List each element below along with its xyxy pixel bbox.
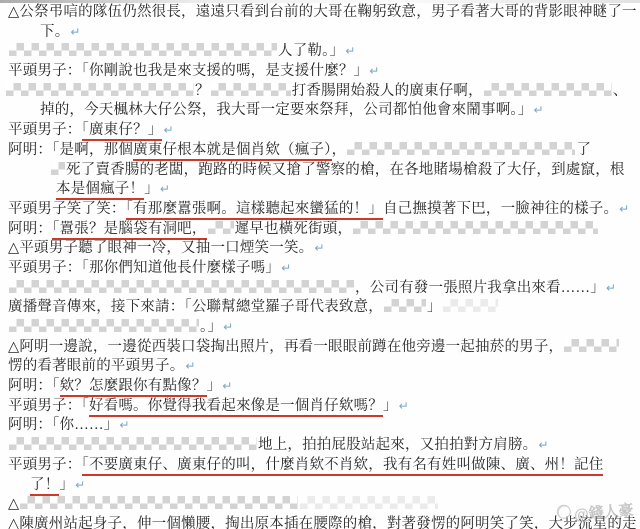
redaction-checkerboard-block [564, 339, 619, 352]
line-break-mark: ↵ [345, 44, 355, 58]
redaction-checkerboard-block [9, 437, 257, 450]
line-break-mark: ↵ [75, 478, 85, 492]
line-text: △陳廣州站起身子，伸一個懶腰，掏出原本插 [8, 516, 299, 529]
line-break-mark: ↵ [606, 281, 616, 295]
red-underlined-text: 「有那麼囂張啊。這樣聽起來蠻猛的！」 [126, 201, 383, 220]
line-text: 阿明：「是啊，那個 [8, 142, 133, 158]
redaction-checkerboard-block [347, 142, 575, 155]
line-text: 地上，拍拍屁股站起來，又拍拍對方肩膀。 [258, 437, 537, 453]
redaction-checkerboard-block [300, 496, 438, 509]
script-line: 阿明：「你……」↵ [0, 416, 640, 436]
script-line: △阿明一邊說，一邊從西裝口袋掏出照片，再看一眼眼前蹲在他旁邊一起抽菸的男子， [0, 338, 640, 358]
line-text: 死了賣香腸的老闆，跑路的時候又搶了警察的槍，在各地賭場槍殺了大仔，到處竄，根 [66, 162, 625, 178]
line-text: 平頭男子：「你剛說也我是來支援的嗎，是支援什麼？」 [8, 63, 368, 79]
line-text: 平頭男子： [8, 122, 82, 138]
line-text: 」 [383, 398, 398, 414]
line-text: △平頭男子聽了眼神一冷，又抽一口煙笑一笑。 [8, 240, 313, 256]
line-text: 平頭男子：「那你們知道他長什麼樣子嗎」 [8, 260, 280, 276]
line-text: ？ [195, 83, 210, 99]
line-text: 廣播聲音傳來，接下來請：「公聯幫總堂羅子哥代表致意， [8, 299, 383, 315]
line-text: △阿明一邊說，一邊從西裝口袋掏出照片，再看一眼眼前蹲在他旁邊一起抽菸的男子， [8, 339, 563, 355]
redaction-checkerboard-block [484, 83, 612, 96]
script-line: 地上，拍拍屁股站起來，又拍拍對方肩膀。↵ [0, 436, 640, 456]
line-text: △公祭弔唁的隊伍仍然很長，遠遠只看到台前的大哥在鞠躬致意，男子看著大哥的背影眼神… [8, 4, 637, 20]
redaction-checkerboard-block [9, 319, 199, 332]
script-line: 人了勒。」↵ [0, 42, 640, 62]
redaction-checkerboard-block [6, 83, 194, 96]
redaction-checkerboard-block [9, 43, 277, 56]
line-break-mark: ↵ [119, 418, 129, 432]
line-break-mark: ↵ [534, 103, 544, 117]
line-text: 阿明：「你……」 [8, 417, 118, 433]
red-underlined-text: 了！ [30, 477, 59, 496]
document-page: △公祭弔唁的隊伍仍然很長，遠遠只看到台前的大哥在鞠躬致意，男子看著大哥的背影眼神… [0, 0, 640, 529]
line-text: 平頭男子：「 [8, 398, 89, 414]
line-text: △ [8, 496, 19, 512]
line-break-mark: ↵ [281, 261, 291, 275]
script-line: △陳廣州站起身子，伸一個懶腰，掏出原本插在腰際的槍，對著發愣的阿明笑了笑，大步流… [0, 515, 640, 529]
script-line: 阿明：「欸？怎麼跟你有點像？」↵ [0, 377, 640, 397]
redaction-checkerboard-block [353, 221, 598, 234]
scan-edge-artifact [0, 0, 640, 3]
script-text-area: △公祭弔唁的隊伍仍然很長，遠遠只看到台前的大哥在鞠躬致意，男子看著大哥的背影眼神… [0, 0, 640, 529]
script-line: 阿明：「囂張？是腦袋有洞吧，遲早也橫死街頭， [0, 220, 640, 240]
line-text: 了 [576, 142, 591, 158]
redaction-checkerboard-block [9, 280, 354, 293]
script-line: 廣播聲音傳來，接下來請：「公聯幫總堂羅子哥代表致意，」 [0, 298, 640, 318]
line-break-mark: ↵ [222, 379, 232, 393]
red-underlined-text: 欸？怎麼跟你有點像？ [60, 378, 207, 397]
line-text: ，對著發愣的阿明笑了笑，大步流星的走 [372, 516, 637, 529]
line-break-mark: ↵ [619, 202, 629, 216]
script-line: 下。↵ [0, 23, 640, 43]
red-underlined-text: 廣東仔根本就是個肖欸（瘋子） [133, 142, 332, 161]
script-line: 平頭男子：「廣東仔？」↵ [0, 121, 640, 141]
redaction-checkerboard-block [51, 162, 65, 175]
script-line: 平頭男子：「好看嗎。你覺得我看起來像是一個肖仔欸嗎？」↵ [0, 397, 640, 417]
line-text: 。」 [200, 319, 222, 335]
script-line: 愣的看著眼前的平頭男子。↵ [0, 357, 640, 377]
script-line: 。」↵ [0, 318, 640, 338]
line-text: ， [332, 142, 347, 158]
line-break-mark: ↵ [369, 64, 379, 78]
line-text: 」 [427, 299, 442, 315]
line-break-mark: ↵ [160, 182, 170, 196]
red-underlined-text: 「囂張？是腦袋有洞吧， [52, 221, 206, 240]
line-text: 人了勒。」 [278, 43, 344, 59]
line-text: ，公司有發一張照片我拿出來看……」 [355, 280, 605, 296]
line-text: 阿明：「 [8, 378, 60, 394]
red-underlined-text: 好看嗎。你覺得我看起來像是一個肖仔欸嗎？ [89, 398, 383, 417]
script-line: 死了賣香腸的老闆，跑路的時候又搶了警察的槍，在各地賭場槍殺了大仔，到處竄，根 [0, 161, 640, 181]
redaction-checkerboard-block [211, 83, 291, 96]
red-underlined-text: 「廣東仔？」 [82, 122, 163, 141]
line-text: 下。 [40, 24, 69, 40]
line-text: 」 [207, 378, 222, 394]
script-line: ，公司有發一張照片我拿出來看……」↵ [0, 279, 640, 299]
script-line: 平頭男子：「你剛說也我是來支援的嗎，是支援什麼？」↵ [0, 62, 640, 82]
line-text: 掉的，今天楓林大仔公祭，我大哥一定要來祭拜，公司都怕他會來鬧事啊。」 [40, 102, 533, 118]
redaction-checkerboard-block [20, 496, 298, 509]
line-text: 」 [144, 181, 159, 197]
redaction-checkerboard-block [443, 299, 498, 312]
line-break-mark: ↵ [185, 359, 195, 373]
script-line: △公祭弔唁的隊伍仍然很長，遠遠只看到台前的大哥在鞠躬致意，男子看著大哥的背影眼神… [0, 3, 640, 23]
line-text: 打香腸開始殺人的廣東仔啊， [292, 83, 483, 99]
script-line: 平頭男子笑了笑：「有那麼囂張啊。這樣聽起來蠻猛的！」自己撫摸著下巴，一臉神往的樣… [0, 200, 640, 220]
line-break-mark: ↵ [538, 438, 548, 452]
redaction-checkerboard-block [208, 221, 234, 234]
line-text: 」 [59, 477, 74, 493]
script-line: 了！」↵ [0, 476, 640, 496]
script-line: 平頭男子：「那你們知道他長什麼樣子嗎」↵ [0, 259, 640, 279]
redaction-checkerboard-block [384, 299, 426, 312]
line-text: 、 [613, 83, 628, 99]
line-text: 阿明： [8, 221, 52, 237]
red-underlined-text: 在腰際的槍 [299, 516, 373, 529]
script-line: △ [0, 495, 640, 515]
script-line: ？打香腸開始殺人的廣東仔啊，、 [0, 82, 640, 102]
script-line: △平頭男子聽了眼神一冷，又抽一口煙笑一笑。↵ [0, 239, 640, 259]
script-line: 平頭男子：「不要廣東仔、廣東仔的叫，什麼肖欸不肖欸，我有名有姓叫做陳、廣、州！記… [0, 456, 640, 476]
line-break-mark: ↵ [399, 399, 409, 413]
script-line: 阿明：「是啊，那個廣東仔根本就是個肖欸（瘋子），了 [0, 141, 640, 161]
line-text: 自己撫摸著下巴，一臉神往的樣子。 [383, 201, 618, 217]
red-underlined-text: 「不要廣東仔、廣東仔的叫，什麼肖欸不肖欸，我有名有姓叫做陳、廣、州！記住 [82, 457, 604, 476]
line-text: 平頭男子： [8, 457, 82, 473]
line-break-mark: ↵ [314, 241, 324, 255]
line-text: 愣的看著眼前的平頭男子。 [8, 358, 184, 374]
line-text: 遲早也橫死街頭， [235, 221, 353, 237]
line-text: 平頭男子笑了笑： [8, 201, 126, 217]
script-line: 掉的，今天楓林大仔公祭，我大哥一定要來祭拜，公司都怕他會來鬧事啊。」↵ [0, 101, 640, 121]
line-break-mark: ↵ [223, 320, 233, 334]
script-line: 本是個瘋子！」↵ [0, 180, 640, 200]
red-underlined-text: 本是個瘋子！ [56, 181, 144, 200]
line-break-mark: ↵ [70, 25, 80, 39]
line-break-mark: ↵ [163, 123, 173, 137]
